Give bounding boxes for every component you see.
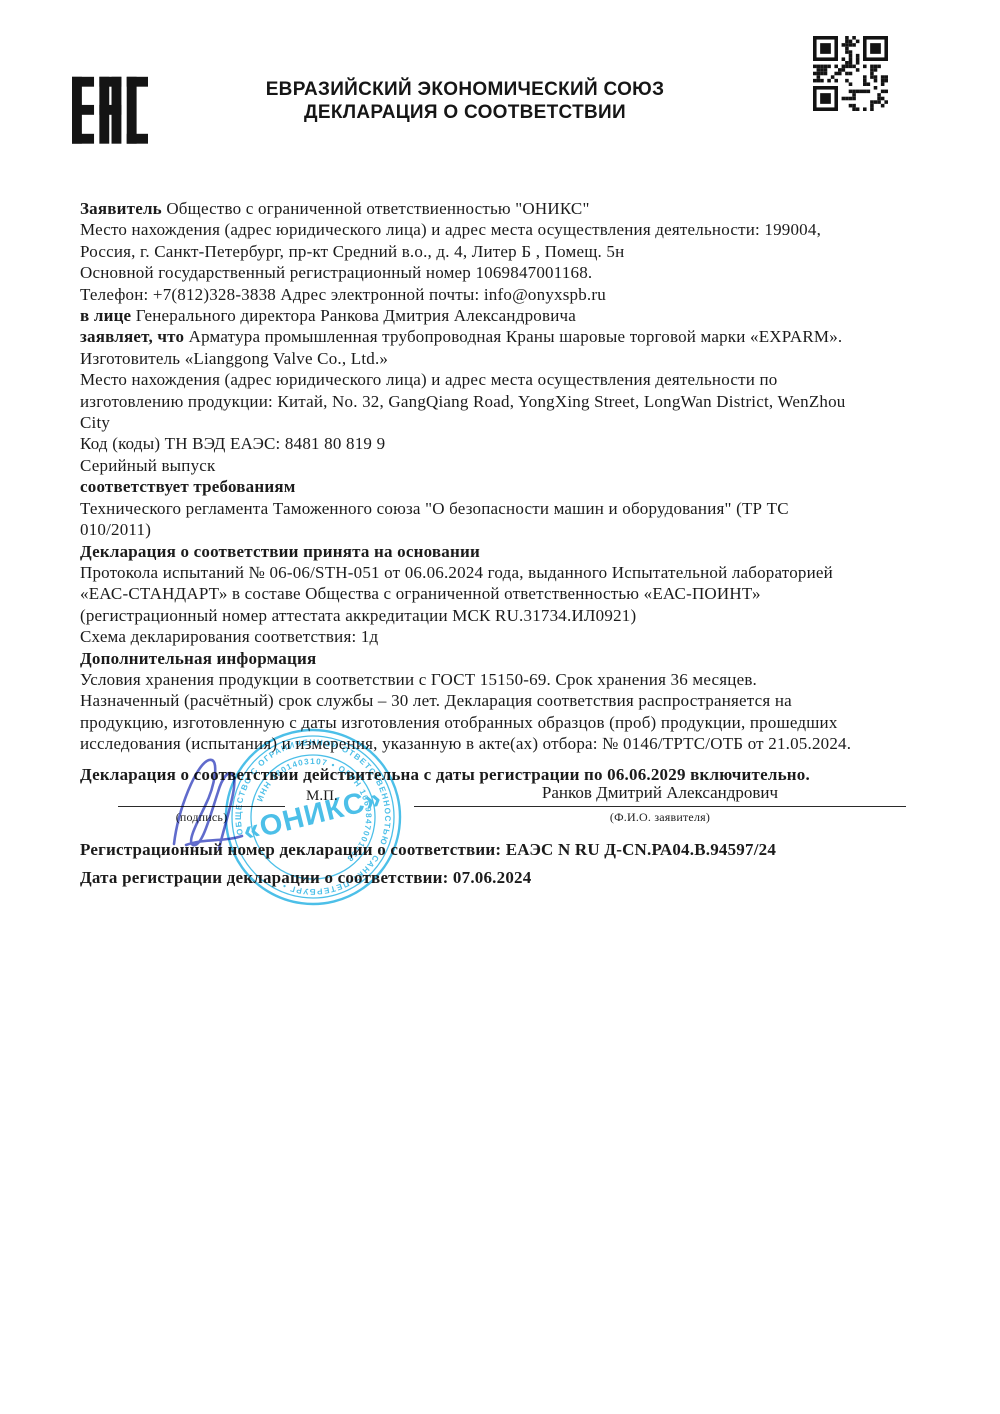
body-line: Место нахождения (адрес юридического лиц… (80, 369, 950, 390)
body-line: Декларация о соответствии принята на осн… (80, 541, 950, 562)
qr-code (813, 36, 888, 114)
body-line: Условия хранения продукции в соответстви… (80, 669, 950, 690)
applicant-name: Ранков Дмитрий Александрович (414, 783, 906, 803)
document-title-line1: ЕВРАЗИЙСКИЙ ЭКОНОМИЧЕСКИЙ СОЮЗ (170, 78, 760, 101)
body-line: City (80, 412, 950, 433)
body-line: Дополнительная информация (80, 648, 950, 669)
body-line: (регистрационный номер аттестата аккреди… (80, 605, 950, 626)
body-line: Схема декларирования соответствия: 1д (80, 626, 950, 647)
body-line: в лице Генерального директора Ранкова Дм… (80, 305, 950, 326)
body-line: Серийный выпуск (80, 455, 950, 476)
body-line: Назначенный (расчётный) срок службы – 30… (80, 690, 950, 711)
body-line: Технического регламента Таможенного союз… (80, 498, 950, 519)
body-line: Код (коды) ТН ВЭД ЕАЭС: 8481 80 819 9 (80, 433, 950, 454)
body-line: «ЕАС-СТАНДАРТ» в составе Общества с огра… (80, 583, 950, 604)
name-caption: (Ф.И.О. заявителя) (414, 810, 906, 825)
body-line: 010/2011) (80, 519, 950, 540)
body-lines: Заявитель Общество с ограниченной ответс… (80, 198, 950, 755)
body-line: Заявитель Общество с ограниченной ответс… (80, 198, 950, 219)
declaration-body: Заявитель Общество с ограниченной ответс… (80, 198, 950, 785)
body-line: Изготовитель «Lianggong Valve Co., Ltd.» (80, 348, 950, 369)
eac-logo (72, 72, 148, 150)
declaration-document: ЕВРАЗИЙСКИЙ ЭКОНОМИЧЕСКИЙ СОЮЗ ДЕКЛАРАЦИ… (0, 0, 1000, 1414)
registration-date-line: Дата регистрации декларации о соответств… (80, 868, 531, 888)
document-title: ЕВРАЗИЙСКИЙ ЭКОНОМИЧЕСКИЙ СОЮЗ ДЕКЛАРАЦИ… (170, 78, 760, 124)
body-line: Основной государственный регистрационный… (80, 262, 950, 283)
body-line: заявляет, что Арматура промышленная труб… (80, 326, 950, 347)
body-line: изготовлению продукции: Китай, No. 32, G… (80, 391, 950, 412)
registration-number-line: Регистрационный номер декларации о соотв… (80, 840, 776, 860)
body-line: Место нахождения (адрес юридического лиц… (80, 219, 950, 240)
body-line: соответствует требованиям (80, 476, 950, 497)
document-title-line2: ДЕКЛАРАЦИЯ О СООТВЕТСТВИИ (170, 101, 760, 124)
body-line: Протокола испытаний № 06-06/STH-051 от 0… (80, 562, 950, 583)
body-line: Россия, г. Санкт-Петербург, пр-кт Средни… (80, 241, 950, 262)
body-line: Телефон: +7(812)328-3838 Адрес электронн… (80, 284, 950, 305)
name-line (414, 806, 906, 807)
